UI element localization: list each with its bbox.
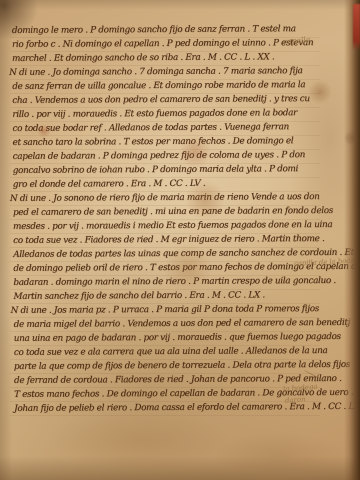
manuscript-text-block: domingo le mero . P domingo sancho fijo …	[12, 22, 314, 416]
book-edge-right	[344, 0, 360, 480]
manuscript-line: badaran . domingo marin el nino de riero…	[13, 274, 313, 290]
parchment-page: domingo le mero . P domingo sancho fijo …	[0, 0, 360, 480]
manuscript-line: Johan fijo de pelieb el riero . Doma cas…	[14, 400, 314, 416]
margin-note-bodega-line2: daron	[285, 395, 306, 404]
manuscript-photo: domingo le mero . P domingo sancho fijo …	[0, 0, 360, 480]
manuscript-line: goncalvo sobrino de iohan rubo . P domin…	[13, 162, 313, 178]
bottom-shadow	[0, 456, 360, 480]
binding-red-edge-icon	[353, 4, 360, 50]
margin-note-capella: capella	[283, 35, 311, 46]
